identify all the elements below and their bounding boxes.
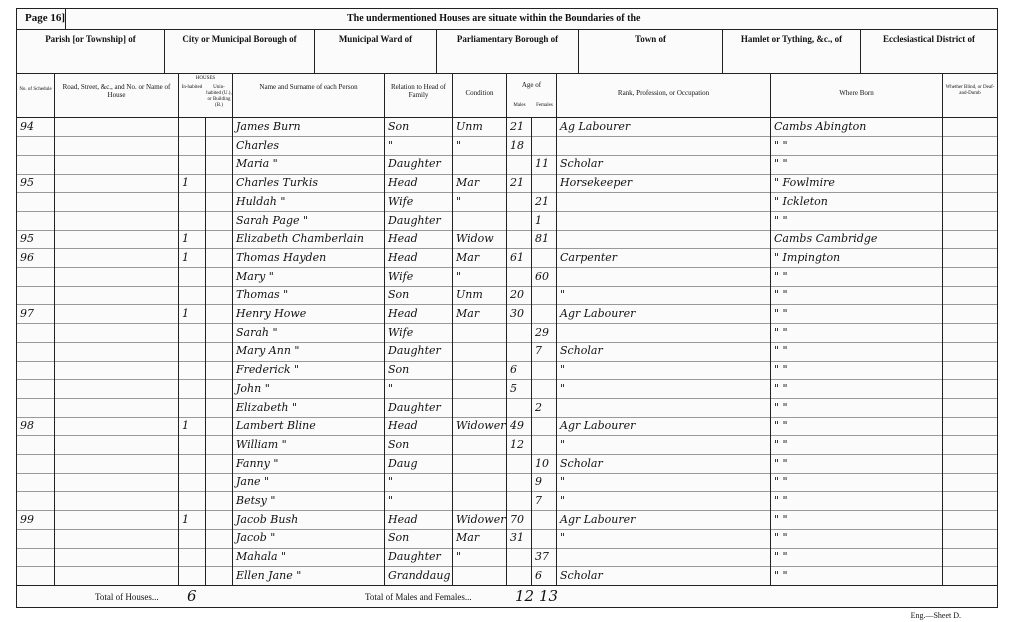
cell-occupation bbox=[557, 192, 771, 211]
cell-blind bbox=[943, 398, 997, 417]
cell-name: Fanny " bbox=[233, 454, 385, 473]
cell-uninhabited bbox=[206, 192, 233, 211]
col-occupation: Rank, Profession, or Occupation bbox=[557, 73, 771, 117]
cell-female: 29 bbox=[532, 323, 557, 342]
cell-blind bbox=[943, 211, 997, 230]
cell-born: " " bbox=[771, 360, 943, 379]
cell-name: Lambert Bline bbox=[233, 416, 385, 435]
cell-road bbox=[55, 435, 179, 454]
cell-female bbox=[532, 528, 557, 547]
col-inhabited: In-habited bbox=[179, 85, 205, 91]
page-number: Page 16] bbox=[25, 12, 65, 24]
cell-relation: Son bbox=[385, 117, 453, 136]
cell-male: 18 bbox=[507, 136, 532, 155]
cell-schedule bbox=[17, 285, 55, 304]
cell-name: William " bbox=[233, 435, 385, 454]
cell-road bbox=[55, 154, 179, 173]
table-row: Mary "Wife"60" " bbox=[17, 267, 997, 287]
cell-road bbox=[55, 416, 179, 435]
cell-relation: " bbox=[385, 491, 453, 510]
cell-blind bbox=[943, 267, 997, 286]
cell-schedule bbox=[17, 360, 55, 379]
cell-schedule: 95 bbox=[17, 229, 55, 248]
cell-female bbox=[532, 248, 557, 267]
cell-road bbox=[55, 267, 179, 286]
cell-born: " " bbox=[771, 304, 943, 323]
cell-born: " " bbox=[771, 528, 943, 547]
cell-relation: " bbox=[385, 136, 453, 155]
table-row: 981Lambert BlineHeadWidower49Agr Laboure… bbox=[17, 416, 997, 436]
table-row: William "Son12"" " bbox=[17, 435, 997, 455]
cell-born: " " bbox=[771, 267, 943, 286]
cell-female: 9 bbox=[532, 472, 557, 491]
cell-schedule: 99 bbox=[17, 510, 55, 529]
cell-inhabited bbox=[179, 154, 206, 173]
cell-female: 2 bbox=[532, 398, 557, 417]
cell-inhabited: 1 bbox=[179, 416, 206, 435]
cell-relation: Wife bbox=[385, 323, 453, 342]
cell-occupation: " bbox=[557, 528, 771, 547]
cell-name: Jacob Bush bbox=[233, 510, 385, 529]
cell-inhabited bbox=[179, 341, 206, 360]
cell-schedule bbox=[17, 491, 55, 510]
cell-relation: Head bbox=[385, 510, 453, 529]
cell-road bbox=[55, 510, 179, 529]
cell-born: " " bbox=[771, 285, 943, 304]
cell-inhabited bbox=[179, 192, 206, 211]
cell-condition bbox=[453, 566, 507, 585]
cell-inhabited: 1 bbox=[179, 173, 206, 192]
cell-born: " " bbox=[771, 416, 943, 435]
cell-condition bbox=[453, 360, 507, 379]
cell-born: " " bbox=[771, 472, 943, 491]
cell-male bbox=[507, 547, 532, 566]
total-persons-label: Total of Males and Females... bbox=[365, 592, 472, 602]
cell-male: 30 bbox=[507, 304, 532, 323]
table-row: 94James BurnSonUnm21Ag LabourerCambs Abi… bbox=[17, 117, 997, 137]
cell-female: 60 bbox=[532, 267, 557, 286]
cell-female: 81 bbox=[532, 229, 557, 248]
cell-schedule: 94 bbox=[17, 117, 55, 136]
division-header: Parish [or Township] of City or Municipa… bbox=[17, 29, 997, 74]
cell-female bbox=[532, 285, 557, 304]
cell-road bbox=[55, 566, 179, 585]
cell-blind bbox=[943, 528, 997, 547]
cell-blind bbox=[943, 248, 997, 267]
sheet-title: The undermentioned Houses are situate wi… bbox=[347, 13, 640, 24]
cell-occupation bbox=[557, 267, 771, 286]
cell-born: " Ickleton bbox=[771, 192, 943, 211]
cell-male: 6 bbox=[507, 360, 532, 379]
cell-uninhabited bbox=[206, 136, 233, 155]
cell-female bbox=[532, 379, 557, 398]
cell-condition bbox=[453, 472, 507, 491]
cell-name: Mahala " bbox=[233, 547, 385, 566]
cell-schedule bbox=[17, 136, 55, 155]
cell-occupation: Horsekeeper bbox=[557, 173, 771, 192]
cell-uninhabited bbox=[206, 528, 233, 547]
cell-born: " " bbox=[771, 491, 943, 510]
cell-schedule: 96 bbox=[17, 248, 55, 267]
cell-road bbox=[55, 491, 179, 510]
cell-condition bbox=[453, 398, 507, 417]
table-row: 971Henry HoweHeadMar30Agr Labourer" " bbox=[17, 304, 997, 324]
cell-condition: " bbox=[453, 136, 507, 155]
cell-occupation: Carpenter bbox=[557, 248, 771, 267]
cell-condition: Mar bbox=[453, 304, 507, 323]
cell-inhabited bbox=[179, 285, 206, 304]
cell-male: 61 bbox=[507, 248, 532, 267]
cell-inhabited bbox=[179, 566, 206, 585]
cell-occupation bbox=[557, 211, 771, 230]
cell-female: 21 bbox=[532, 192, 557, 211]
cell-uninhabited bbox=[206, 117, 233, 136]
cell-occupation: Scholar bbox=[557, 566, 771, 585]
cell-name: Charles Turkis bbox=[233, 173, 385, 192]
table-row: 951Elizabeth ChamberlainHeadWidow81Cambs… bbox=[17, 229, 997, 249]
cell-name: Elizabeth " bbox=[233, 398, 385, 417]
cell-condition bbox=[453, 435, 507, 454]
cell-road bbox=[55, 285, 179, 304]
cell-condition: Mar bbox=[453, 173, 507, 192]
cell-road bbox=[55, 454, 179, 473]
cell-female bbox=[532, 136, 557, 155]
cell-name: Huldah " bbox=[233, 192, 385, 211]
cell-name: Sarah " bbox=[233, 323, 385, 342]
cell-female bbox=[532, 360, 557, 379]
cell-blind bbox=[943, 285, 997, 304]
cell-inhabited bbox=[179, 267, 206, 286]
cell-schedule bbox=[17, 154, 55, 173]
cell-blind bbox=[943, 472, 997, 491]
cell-blind bbox=[943, 416, 997, 435]
cell-uninhabited bbox=[206, 491, 233, 510]
cell-relation: " bbox=[385, 472, 453, 491]
cell-inhabited: 1 bbox=[179, 229, 206, 248]
cell-male: 21 bbox=[507, 117, 532, 136]
cell-inhabited bbox=[179, 136, 206, 155]
col-males: Males bbox=[507, 103, 532, 109]
census-sheet: Page 16] The undermentioned Houses are s… bbox=[16, 8, 998, 608]
col-road: Road, Street, &c., and No. or Name of Ho… bbox=[55, 73, 179, 117]
cell-uninhabited bbox=[206, 211, 233, 230]
cell-relation: Wife bbox=[385, 192, 453, 211]
cell-uninhabited bbox=[206, 454, 233, 473]
cell-male bbox=[507, 454, 532, 473]
cell-schedule bbox=[17, 566, 55, 585]
cell-schedule bbox=[17, 323, 55, 342]
cell-inhabited: 1 bbox=[179, 510, 206, 529]
table-row: Sarah Page "Daughter1" " bbox=[17, 211, 997, 231]
cell-female: 7 bbox=[532, 341, 557, 360]
cell-name: Frederick " bbox=[233, 360, 385, 379]
total-houses-value: 6 bbox=[187, 587, 197, 605]
col-schedule: No. of Schedule bbox=[17, 73, 55, 117]
cell-blind bbox=[943, 566, 997, 585]
cell-born: " " bbox=[771, 341, 943, 360]
table-row: Betsy ""7"" " bbox=[17, 491, 997, 511]
cell-relation: Son bbox=[385, 435, 453, 454]
cell-schedule bbox=[17, 211, 55, 230]
cell-blind bbox=[943, 192, 997, 211]
cell-uninhabited bbox=[206, 341, 233, 360]
cell-born: " " bbox=[771, 510, 943, 529]
cell-name: James Burn bbox=[233, 117, 385, 136]
cell-road bbox=[55, 398, 179, 417]
cell-inhabited bbox=[179, 491, 206, 510]
cell-road bbox=[55, 472, 179, 491]
cell-born: " " bbox=[771, 398, 943, 417]
cell-condition: " bbox=[453, 267, 507, 286]
cell-road bbox=[55, 229, 179, 248]
cell-occupation: Scholar bbox=[557, 341, 771, 360]
cell-road bbox=[55, 360, 179, 379]
col-uninhabited: Unin-habited (U.), or Building (B.) bbox=[206, 85, 232, 109]
cell-born: " Fowlmire bbox=[771, 173, 943, 192]
col-condition: Condition bbox=[453, 73, 507, 117]
table-row: Jane ""9"" " bbox=[17, 472, 997, 492]
cell-occupation bbox=[557, 136, 771, 155]
division-borough: City or Municipal Borough of bbox=[165, 29, 315, 73]
cell-blind bbox=[943, 229, 997, 248]
cell-inhabited bbox=[179, 117, 206, 136]
division-hamlet: Hamlet or Tything, &c., of bbox=[723, 29, 861, 73]
cell-relation: " bbox=[385, 379, 453, 398]
cell-relation: Head bbox=[385, 173, 453, 192]
cell-name: Betsy " bbox=[233, 491, 385, 510]
cell-condition bbox=[453, 341, 507, 360]
cell-name: Maria " bbox=[233, 154, 385, 173]
cell-name: Thomas " bbox=[233, 285, 385, 304]
cell-inhabited: 1 bbox=[179, 304, 206, 323]
cell-occupation: Scholar bbox=[557, 454, 771, 473]
cell-uninhabited bbox=[206, 398, 233, 417]
cell-blind bbox=[943, 435, 997, 454]
cell-uninhabited bbox=[206, 304, 233, 323]
cell-female bbox=[532, 435, 557, 454]
cell-schedule bbox=[17, 341, 55, 360]
cell-blind bbox=[943, 379, 997, 398]
cell-inhabited bbox=[179, 398, 206, 417]
cell-uninhabited bbox=[206, 566, 233, 585]
cell-condition: " bbox=[453, 547, 507, 566]
cell-condition: Unm bbox=[453, 285, 507, 304]
cell-uninhabited bbox=[206, 435, 233, 454]
cell-male bbox=[507, 398, 532, 417]
cell-female bbox=[532, 117, 557, 136]
cell-male bbox=[507, 566, 532, 585]
cell-born: Cambs Abington bbox=[771, 117, 943, 136]
cell-uninhabited bbox=[206, 248, 233, 267]
cell-male bbox=[507, 323, 532, 342]
cell-male bbox=[507, 229, 532, 248]
cell-blind bbox=[943, 304, 997, 323]
cell-relation: Granddaug bbox=[385, 566, 453, 585]
cell-inhabited bbox=[179, 435, 206, 454]
cell-road bbox=[55, 117, 179, 136]
table-row: 991Jacob BushHeadWidower70Agr Labourer" … bbox=[17, 510, 997, 530]
col-born: Where Born bbox=[771, 73, 943, 117]
cell-male: 49 bbox=[507, 416, 532, 435]
table-row: 951Charles TurkisHeadMar21Horsekeeper" F… bbox=[17, 173, 997, 193]
total-males-value: 12 bbox=[515, 587, 534, 605]
cell-blind bbox=[943, 323, 997, 342]
cell-road bbox=[55, 528, 179, 547]
division-ecclesiastical: Ecclesiastical District of bbox=[861, 29, 997, 73]
cell-schedule: 97 bbox=[17, 304, 55, 323]
division-parliamentary: Parliamentary Borough of bbox=[437, 29, 579, 73]
cell-schedule: 95 bbox=[17, 173, 55, 192]
cell-condition bbox=[453, 323, 507, 342]
cell-born: " " bbox=[771, 154, 943, 173]
cell-blind bbox=[943, 173, 997, 192]
cell-born: " " bbox=[771, 435, 943, 454]
cell-schedule bbox=[17, 454, 55, 473]
cell-condition: Mar bbox=[453, 248, 507, 267]
cell-name: Mary Ann " bbox=[233, 341, 385, 360]
cell-uninhabited bbox=[206, 173, 233, 192]
cell-male bbox=[507, 192, 532, 211]
cell-condition bbox=[453, 211, 507, 230]
cell-name: Elizabeth Chamberlain bbox=[233, 229, 385, 248]
cell-female: 6 bbox=[532, 566, 557, 585]
cell-male bbox=[507, 154, 532, 173]
cell-uninhabited bbox=[206, 267, 233, 286]
cell-condition bbox=[453, 154, 507, 173]
cell-born: " " bbox=[771, 211, 943, 230]
cell-uninhabited bbox=[206, 547, 233, 566]
cell-schedule bbox=[17, 267, 55, 286]
cell-name: Sarah Page " bbox=[233, 211, 385, 230]
cell-name: Jane " bbox=[233, 472, 385, 491]
cell-male: 12 bbox=[507, 435, 532, 454]
cell-blind bbox=[943, 341, 997, 360]
cell-occupation: Agr Labourer bbox=[557, 510, 771, 529]
cell-relation: Daughter bbox=[385, 154, 453, 173]
cell-road bbox=[55, 547, 179, 566]
cell-relation: Head bbox=[385, 248, 453, 267]
cell-occupation: " bbox=[557, 285, 771, 304]
cell-road bbox=[55, 341, 179, 360]
cell-male bbox=[507, 211, 532, 230]
cell-road bbox=[55, 304, 179, 323]
cell-male: 5 bbox=[507, 379, 532, 398]
table-row: John ""5"" " bbox=[17, 379, 997, 399]
cell-female: 37 bbox=[532, 547, 557, 566]
cell-name: Ellen Jane " bbox=[233, 566, 385, 585]
cell-born: " " bbox=[771, 547, 943, 566]
table-row: Charles""18" " bbox=[17, 136, 997, 156]
cell-inhabited bbox=[179, 211, 206, 230]
col-houses-label: HOUSES bbox=[196, 76, 215, 81]
cell-occupation: Ag Labourer bbox=[557, 117, 771, 136]
cell-uninhabited bbox=[206, 229, 233, 248]
cell-road bbox=[55, 379, 179, 398]
cell-female bbox=[532, 304, 557, 323]
cell-relation: Head bbox=[385, 416, 453, 435]
table-row: Fanny "Daug10Scholar" " bbox=[17, 454, 997, 474]
cell-road bbox=[55, 136, 179, 155]
column-headers: No. of Schedule Road, Street, &c., and N… bbox=[17, 73, 997, 118]
col-blind: Whether Blind, or Deaf-and-Dumb bbox=[943, 73, 997, 117]
page-number-box: Page 16] bbox=[17, 9, 66, 29]
cell-occupation bbox=[557, 229, 771, 248]
cell-born: " " bbox=[771, 323, 943, 342]
cell-name: Jacob " bbox=[233, 528, 385, 547]
col-age-label: Age of bbox=[522, 81, 541, 89]
table-row: Frederick "Son6"" " bbox=[17, 360, 997, 380]
cell-female bbox=[532, 173, 557, 192]
col-age: Age of Males Females bbox=[507, 73, 557, 117]
cell-occupation: Agr Labourer bbox=[557, 304, 771, 323]
division-town: Town of bbox=[579, 29, 723, 73]
cell-born: " " bbox=[771, 566, 943, 585]
cell-inhabited bbox=[179, 472, 206, 491]
cell-condition bbox=[453, 454, 507, 473]
cell-female: 11 bbox=[532, 154, 557, 173]
table-row: Mahala "Daughter"37" " bbox=[17, 547, 997, 567]
cell-occupation bbox=[557, 323, 771, 342]
table-row: Sarah "Wife29" " bbox=[17, 323, 997, 343]
cell-uninhabited bbox=[206, 323, 233, 342]
cell-inhabited bbox=[179, 360, 206, 379]
cell-inhabited bbox=[179, 454, 206, 473]
cell-uninhabited bbox=[206, 360, 233, 379]
cell-uninhabited bbox=[206, 379, 233, 398]
cell-condition: Widower bbox=[453, 416, 507, 435]
cell-relation: Son bbox=[385, 360, 453, 379]
cell-schedule bbox=[17, 547, 55, 566]
cell-male bbox=[507, 267, 532, 286]
cell-blind bbox=[943, 154, 997, 173]
cell-condition: Widower bbox=[453, 510, 507, 529]
division-parish: Parish [or Township] of bbox=[17, 29, 165, 73]
table-row: Elizabeth "Daughter2" " bbox=[17, 398, 997, 418]
cell-born: " " bbox=[771, 379, 943, 398]
cell-uninhabited bbox=[206, 416, 233, 435]
cell-road bbox=[55, 211, 179, 230]
totals-row: Total of Houses... 6 Total of Males and … bbox=[17, 585, 997, 608]
cell-schedule: 98 bbox=[17, 416, 55, 435]
cell-blind bbox=[943, 117, 997, 136]
cell-condition: Unm bbox=[453, 117, 507, 136]
cell-occupation: " bbox=[557, 491, 771, 510]
cell-schedule bbox=[17, 192, 55, 211]
cell-condition bbox=[453, 379, 507, 398]
cell-schedule bbox=[17, 435, 55, 454]
cell-female: 10 bbox=[532, 454, 557, 473]
cell-born: " Impington bbox=[771, 248, 943, 267]
cell-female: 7 bbox=[532, 491, 557, 510]
table-row: Ellen Jane "Granddaug6Scholar" " bbox=[17, 566, 997, 586]
table-row: Huldah "Wife"21" Ickleton bbox=[17, 192, 997, 212]
cell-blind bbox=[943, 136, 997, 155]
cell-name: Charles bbox=[233, 136, 385, 155]
cell-inhabited: 1 bbox=[179, 248, 206, 267]
table-row: Maria "Daughter11Scholar" " bbox=[17, 154, 997, 174]
cell-schedule bbox=[17, 398, 55, 417]
cell-occupation: Agr Labourer bbox=[557, 416, 771, 435]
cell-blind bbox=[943, 510, 997, 529]
cell-condition: Widow bbox=[453, 229, 507, 248]
cell-inhabited bbox=[179, 528, 206, 547]
cell-male bbox=[507, 341, 532, 360]
cell-name: Henry Howe bbox=[233, 304, 385, 323]
cell-condition: Mar bbox=[453, 528, 507, 547]
cell-blind bbox=[943, 491, 997, 510]
cell-male: 31 bbox=[507, 528, 532, 547]
sheet-footer: Eng.—Sheet D. bbox=[911, 611, 961, 620]
